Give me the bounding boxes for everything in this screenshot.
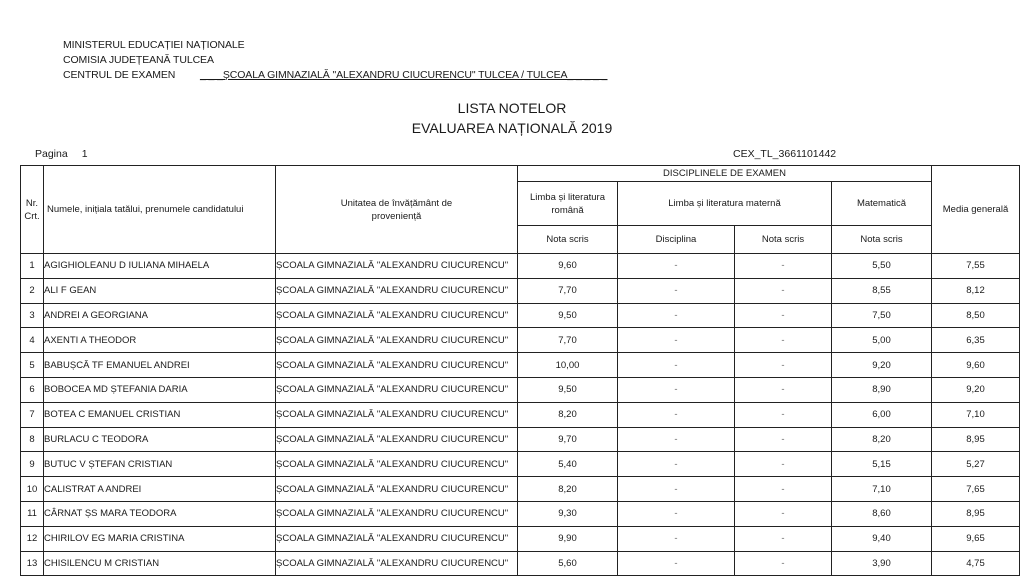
- row-number: 5: [21, 353, 44, 378]
- math-score: 9,40: [832, 526, 932, 551]
- romanian-score: 9,60: [518, 254, 618, 279]
- romanian-score: 7,70: [518, 328, 618, 353]
- school-name: ȘCOALA GIMNAZIALĂ "ALEXANDRU CIUCURENCU": [276, 278, 518, 303]
- row-number: 11: [21, 501, 44, 526]
- table-row: 8BURLACU C TEODORAȘCOALA GIMNAZIALĂ "ALE…: [21, 427, 1020, 452]
- math-score: 5,15: [832, 452, 932, 477]
- average-score: 9,65: [932, 526, 1020, 551]
- school-name: ȘCOALA GIMNAZIALĂ "ALEXANDRU CIUCURENCU": [276, 551, 518, 576]
- header-disciplines: DISCIPLINELE DE EXAMEN: [518, 166, 932, 182]
- candidate-name: BOBOCEA MD ȘTEFANIA DARIA: [44, 377, 276, 402]
- table-row: 9BUTUC V ȘTEFAN CRISTIANȘCOALA GIMNAZIAL…: [21, 452, 1020, 477]
- maternal-discipline: -: [618, 278, 735, 303]
- romanian-score: 8,20: [518, 477, 618, 502]
- row-number: 13: [21, 551, 44, 576]
- maternal-discipline: -: [618, 452, 735, 477]
- maternal-discipline: -: [618, 353, 735, 378]
- table-row: 3ANDREI A GEORGIANAȘCOALA GIMNAZIALĂ "AL…: [21, 303, 1020, 328]
- candidate-name: ANDREI A GEORGIANA: [44, 303, 276, 328]
- romanian-score: 9,90: [518, 526, 618, 551]
- maternal-score: -: [735, 377, 832, 402]
- row-number: 9: [21, 452, 44, 477]
- header-maternal: Limba și literatura maternă: [618, 182, 832, 226]
- maternal-discipline: -: [618, 427, 735, 452]
- maternal-score: -: [735, 501, 832, 526]
- maternal-score: -: [735, 328, 832, 353]
- table-row: 11CÂRNAT ȘS MARA TEODORAȘCOALA GIMNAZIAL…: [21, 501, 1020, 526]
- school-name: ȘCOALA GIMNAZIALĂ "ALEXANDRU CIUCURENCU": [276, 328, 518, 353]
- maternal-discipline: -: [618, 477, 735, 502]
- table-row: 7BOTEA C EMANUEL CRISTIANȘCOALA GIMNAZIA…: [21, 402, 1020, 427]
- maternal-score: -: [735, 526, 832, 551]
- math-score: 9,20: [832, 353, 932, 378]
- school-name: ȘCOALA GIMNAZIALĂ "ALEXANDRU CIUCURENCU": [276, 254, 518, 279]
- romanian-score: 5,60: [518, 551, 618, 576]
- school-name: ȘCOALA GIMNAZIALĂ "ALEXANDRU CIUCURENCU": [276, 303, 518, 328]
- candidate-name: CHISILENCU M CRISTIAN: [44, 551, 276, 576]
- document-subtitle: EVALUAREA NAȚIONALĂ 2019: [0, 120, 1024, 136]
- maternal-score: -: [735, 278, 832, 303]
- page-number: 1: [82, 148, 88, 160]
- page-label: Pagina: [35, 148, 68, 160]
- document-code: CEX_TL_3661101442: [733, 148, 836, 160]
- header-average: Media generală: [932, 166, 1020, 254]
- average-score: 9,20: [932, 377, 1020, 402]
- school-name: ȘCOALA GIMNAZIALĂ "ALEXANDRU CIUCURENCU": [276, 402, 518, 427]
- average-score: 6,35: [932, 328, 1020, 353]
- maternal-discipline: -: [618, 303, 735, 328]
- candidate-name: BUTUC V ȘTEFAN CRISTIAN: [44, 452, 276, 477]
- maternal-score: -: [735, 427, 832, 452]
- ministry-label: MINISTERUL EDUCAȚIEI NAȚIONALE: [63, 39, 245, 51]
- row-number: 10: [21, 477, 44, 502]
- school-name: ȘCOALA GIMNAZIALĂ "ALEXANDRU CIUCURENCU": [276, 377, 518, 402]
- row-number: 4: [21, 328, 44, 353]
- math-score: 6,00: [832, 402, 932, 427]
- table-row: 4AXENTI A THEODORȘCOALA GIMNAZIALĂ "ALEX…: [21, 328, 1020, 353]
- maternal-discipline: -: [618, 526, 735, 551]
- header-romanian-score: Nota scris: [518, 226, 618, 254]
- romanian-score: 9,50: [518, 377, 618, 402]
- candidate-name: ALI F GEAN: [44, 278, 276, 303]
- math-score: 7,10: [832, 477, 932, 502]
- table-row: 6BOBOCEA MD ȘTEFANIA DARIAȘCOALA GIMNAZI…: [21, 377, 1020, 402]
- average-score: 8,95: [932, 427, 1020, 452]
- school-name: ȘCOALA GIMNAZIALĂ "ALEXANDRU CIUCURENCU": [276, 526, 518, 551]
- school-name: ȘCOALA GIMNAZIALĂ "ALEXANDRU CIUCURENCU": [276, 353, 518, 378]
- average-score: 5,27: [932, 452, 1020, 477]
- maternal-discipline: -: [618, 254, 735, 279]
- math-score: 8,55: [832, 278, 932, 303]
- table-row: 12CHIRILOV EG MARIA CRISTINAȘCOALA GIMNA…: [21, 526, 1020, 551]
- exam-center-value: _ _ _ȘCOALA GIMNAZIALĂ "ALEXANDRU CIUCUR…: [200, 69, 607, 81]
- average-score: 7,10: [932, 402, 1020, 427]
- table-row: 2ALI F GEANȘCOALA GIMNAZIALĂ "ALEXANDRU …: [21, 278, 1020, 303]
- row-number: 12: [21, 526, 44, 551]
- header-maternal-discipline: Disciplina: [618, 226, 735, 254]
- maternal-discipline: -: [618, 402, 735, 427]
- maternal-discipline: -: [618, 551, 735, 576]
- row-number: 6: [21, 377, 44, 402]
- header-maternal-score: Nota scris: [735, 226, 832, 254]
- average-score: 8,95: [932, 501, 1020, 526]
- document-title: LISTA NOTELOR: [0, 100, 1024, 116]
- candidate-name: BOTEA C EMANUEL CRISTIAN: [44, 402, 276, 427]
- header-math: Matematică: [832, 182, 932, 226]
- header-school: Unitatea de învățământ de proveniență: [276, 166, 518, 254]
- table-row: 10CALISTRAT A ANDREIȘCOALA GIMNAZIALĂ "A…: [21, 477, 1020, 502]
- row-number: 1: [21, 254, 44, 279]
- romanian-score: 7,70: [518, 278, 618, 303]
- table-row: 13CHISILENCU M CRISTIANȘCOALA GIMNAZIALĂ…: [21, 551, 1020, 576]
- math-score: 5,50: [832, 254, 932, 279]
- candidate-name: AXENTI A THEODOR: [44, 328, 276, 353]
- romanian-score: 5,40: [518, 452, 618, 477]
- row-number: 2: [21, 278, 44, 303]
- math-score: 3,90: [832, 551, 932, 576]
- romanian-score: 9,70: [518, 427, 618, 452]
- commission-label: COMISIA JUDEȚEANĂ TULCEA: [63, 54, 214, 66]
- romanian-score: 9,50: [518, 303, 618, 328]
- candidate-name: CHIRILOV EG MARIA CRISTINA: [44, 526, 276, 551]
- maternal-discipline: -: [618, 377, 735, 402]
- maternal-score: -: [735, 353, 832, 378]
- romanian-score: 10,00: [518, 353, 618, 378]
- page-indicator: Pagina1: [35, 148, 88, 160]
- candidate-name: CÂRNAT ȘS MARA TEODORA: [44, 501, 276, 526]
- math-score: 7,50: [832, 303, 932, 328]
- grades-table: Nr. Crt. Numele, inițiala tatălui, prenu…: [20, 165, 1020, 576]
- table-row: 1AGIGHIOLEANU D IULIANA MIHAELAȘCOALA GI…: [21, 254, 1020, 279]
- school-name: ȘCOALA GIMNAZIALĂ "ALEXANDRU CIUCURENCU": [276, 427, 518, 452]
- average-score: 8,12: [932, 278, 1020, 303]
- candidate-name: BABUȘCĂ TF EMANUEL ANDREI: [44, 353, 276, 378]
- maternal-discipline: -: [618, 328, 735, 353]
- candidate-name: BURLACU C TEODORA: [44, 427, 276, 452]
- romanian-score: 9,30: [518, 501, 618, 526]
- table-row: 5BABUȘCĂ TF EMANUEL ANDREIȘCOALA GIMNAZI…: [21, 353, 1020, 378]
- average-score: 9,60: [932, 353, 1020, 378]
- header-nr: Nr. Crt.: [21, 166, 44, 254]
- candidate-name: AGIGHIOLEANU D IULIANA MIHAELA: [44, 254, 276, 279]
- school-name: ȘCOALA GIMNAZIALĂ "ALEXANDRU CIUCURENCU": [276, 452, 518, 477]
- maternal-score: -: [735, 477, 832, 502]
- maternal-score: -: [735, 402, 832, 427]
- header-romanian: Limba și literatura română: [518, 182, 618, 226]
- school-name: ȘCOALA GIMNAZIALĂ "ALEXANDRU CIUCURENCU": [276, 501, 518, 526]
- header-math-score: Nota scris: [832, 226, 932, 254]
- math-score: 8,20: [832, 427, 932, 452]
- average-score: 7,65: [932, 477, 1020, 502]
- school-name: ȘCOALA GIMNAZIALĂ "ALEXANDRU CIUCURENCU": [276, 477, 518, 502]
- math-score: 5,00: [832, 328, 932, 353]
- row-number: 7: [21, 402, 44, 427]
- exam-center-label: CENTRUL DE EXAMEN: [63, 69, 175, 81]
- romanian-score: 8,20: [518, 402, 618, 427]
- average-score: 7,55: [932, 254, 1020, 279]
- row-number: 3: [21, 303, 44, 328]
- average-score: 8,50: [932, 303, 1020, 328]
- average-score: 4,75: [932, 551, 1020, 576]
- math-score: 8,60: [832, 501, 932, 526]
- row-number: 8: [21, 427, 44, 452]
- header-name: Numele, inițiala tatălui, prenumele cand…: [44, 166, 276, 254]
- maternal-score: -: [735, 254, 832, 279]
- maternal-discipline: -: [618, 501, 735, 526]
- candidate-name: CALISTRAT A ANDREI: [44, 477, 276, 502]
- maternal-score: -: [735, 551, 832, 576]
- maternal-score: -: [735, 452, 832, 477]
- maternal-score: -: [735, 303, 832, 328]
- math-score: 8,90: [832, 377, 932, 402]
